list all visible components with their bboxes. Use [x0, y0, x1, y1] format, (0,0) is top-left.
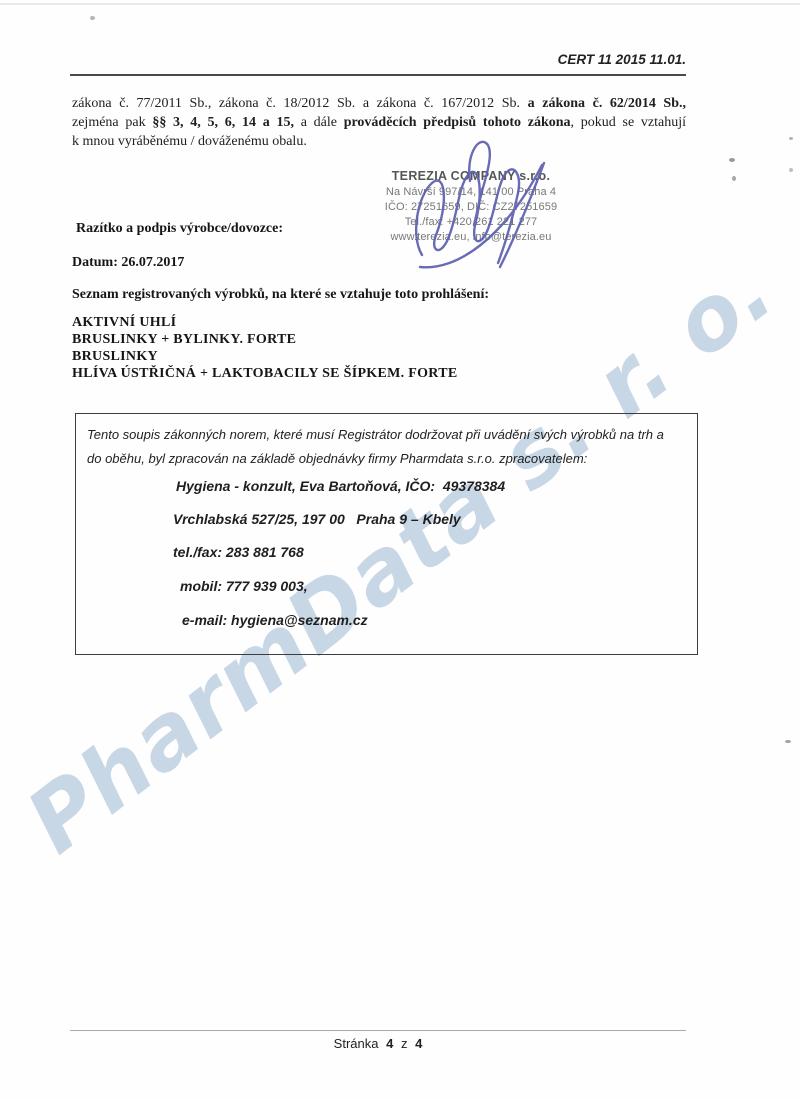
document-reference-code: CERT 11 2015 11.01.: [70, 52, 686, 67]
footer-rule: [70, 1030, 686, 1031]
legal-text: a dále: [301, 115, 337, 130]
scan-speck: [729, 158, 735, 162]
processor-name: Hygiena - konzult, Eva Bartoňová, IČO: 4…: [176, 478, 505, 494]
product-item: AKTIVNÍ UHLÍ: [72, 314, 457, 331]
legal-line-2: zejména pak §§ 3, 4, 5, 6, 14 a 15, a dá…: [72, 113, 686, 132]
date-label: Datum: 26.07.2017: [72, 255, 184, 271]
processor-email: e-mail: hygiena@seznam.cz: [182, 612, 368, 628]
products-heading: Seznam registrovaných výrobků, na které …: [72, 287, 489, 303]
stamp-signature-label: Razítko a podpis výrobce/dovozce:: [76, 221, 283, 237]
legal-paragraph: zákona č. 77/2011 Sb., zákona č. 18/2012…: [72, 94, 686, 151]
scan-speck: [785, 740, 791, 743]
header-rule: [70, 74, 686, 76]
legal-text-bold: a zákona č. 62/2014 Sb.,: [528, 96, 686, 111]
notice-intro-line-1: Tento soupis zákonných norem, které musí…: [87, 423, 687, 447]
notice-intro: Tento soupis zákonných norem, které musí…: [87, 423, 687, 471]
scan-edge-line: [0, 3, 800, 5]
scanned-document-page: PharmData s. r. o. CERT 11 2015 11.01. z…: [0, 0, 800, 1100]
scan-speck: [789, 137, 793, 140]
legal-text: zákona č. 77/2011 Sb., zákona č. 18/2012…: [72, 96, 520, 111]
processor-mobile: mobil: 777 939 003,: [180, 578, 308, 594]
product-item: BRUSLINKY: [72, 348, 457, 365]
footer-page-number: 4: [386, 1036, 393, 1051]
legal-text: zejména pak: [72, 115, 146, 130]
scan-speck: [789, 168, 793, 172]
product-item: BRUSLINKY + BYLINKY. FORTE: [72, 331, 457, 348]
processor-notice-box: Tento soupis zákonných norem, které musí…: [75, 413, 698, 655]
legal-text-bold: §§ 3, 4, 5, 6, 14 a 15,: [152, 115, 294, 130]
registered-products-list: AKTIVNÍ UHLÍ BRUSLINKY + BYLINKY. FORTE …: [72, 314, 457, 382]
legal-text: , pokud se vztahují: [571, 115, 686, 130]
notice-intro-line-2: do oběhu, byl zpracován na základě objed…: [87, 447, 687, 471]
product-item: HLÍVA ÚSTŘIČNÁ + LAKTOBACILY SE ŠÍPKEM. …: [72, 365, 457, 382]
legal-text-bold: prováděcích předpisů tohoto zákona: [344, 115, 571, 130]
page-footer: Stránka 4 z 4: [70, 1036, 686, 1051]
footer-label: Stránka: [334, 1036, 379, 1051]
legal-line-1: zákona č. 77/2011 Sb., zákona č. 18/2012…: [72, 94, 686, 113]
handwritten-signature: [392, 133, 562, 281]
footer-of-word: z: [401, 1036, 408, 1051]
signature-stroke: [416, 169, 519, 263]
scan-speck: [90, 16, 95, 20]
footer-total-pages: 4: [415, 1036, 422, 1051]
legal-line-3: k mnou vyráběnému / dováženému obalu.: [72, 132, 686, 151]
scan-speck: [732, 176, 736, 181]
processor-address: Vrchlabská 527/25, 197 00 Praha 9 – Kbel…: [173, 511, 461, 527]
signature-stroke: [500, 163, 544, 267]
processor-phone: tel./fax: 283 881 768: [173, 544, 304, 560]
